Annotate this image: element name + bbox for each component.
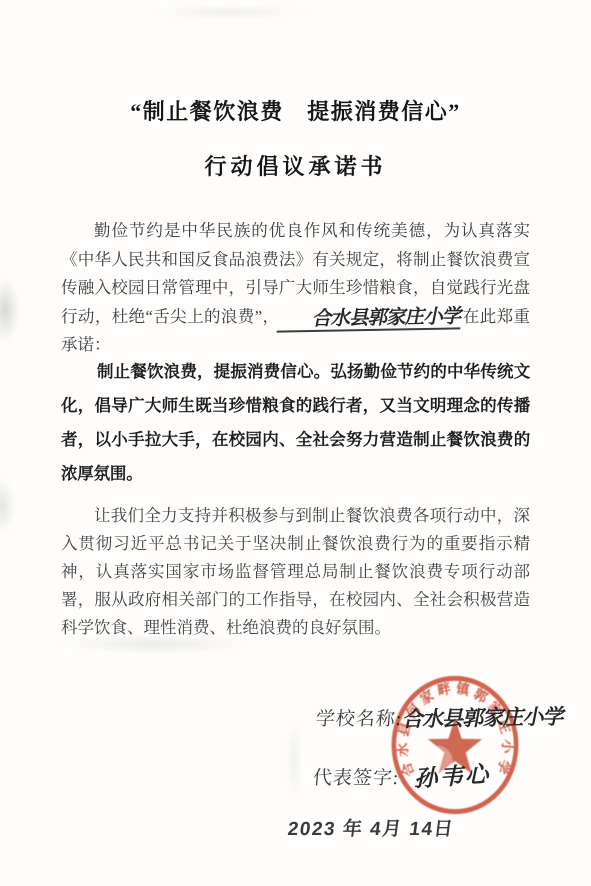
scan-smudge <box>150 4 310 20</box>
paragraph-pledge: 制止餐饮浪费，提振消费信心。弘扬勤俭节约的中华传统文化，倡导广大师生既当珍惜粮食… <box>61 355 530 491</box>
handwritten-school-name: 合水县郭家庄小学 <box>401 701 567 734</box>
handwritten-date: 2023 年 4月 14日 <box>286 814 456 841</box>
document-title-line2: 行动倡议承诺书 <box>0 150 591 181</box>
official-seal-stamp: 合水县何家畔镇郭家庄小学 <box>388 672 522 818</box>
school-name-label: 学校名称: <box>315 704 404 731</box>
scan-smudge <box>286 720 302 800</box>
scanned-pledge-document: “制止餐饮浪费 提振消费信心” 行动倡议承诺书 勤俭节约是中华民族的优良作风和传… <box>0 0 591 886</box>
document-title-line1: “制止餐饮浪费 提振消费信心” <box>0 95 591 126</box>
paragraph-action: 让我们全力支持并积极参与到制止餐饮浪费各项行动中，深入贯彻习近平总书记关于坚决制… <box>61 502 530 642</box>
paragraph-intro: 勤俭节约是中华民族的优良作风和传统美德，为认真落实《中华人民共和国反食品浪费法》… <box>61 217 530 360</box>
signature-line: 代表签字:孙韦心 <box>313 758 492 791</box>
handwritten-school-name-inline: 合水县郭家庄小学 <box>277 307 465 332</box>
handwritten-signature: 孙韦心 <box>413 755 496 793</box>
date-line: 2023 年 4月 14日 <box>288 814 454 841</box>
scan-smudge <box>0 278 20 342</box>
seal-graphic: 合水县何家畔镇郭家庄小学 <box>388 672 522 818</box>
scan-smudge <box>0 478 16 534</box>
signature-label: 代表签字: <box>312 763 401 790</box>
school-name-line: 学校名称:合水县郭家庄小学 <box>316 702 564 732</box>
